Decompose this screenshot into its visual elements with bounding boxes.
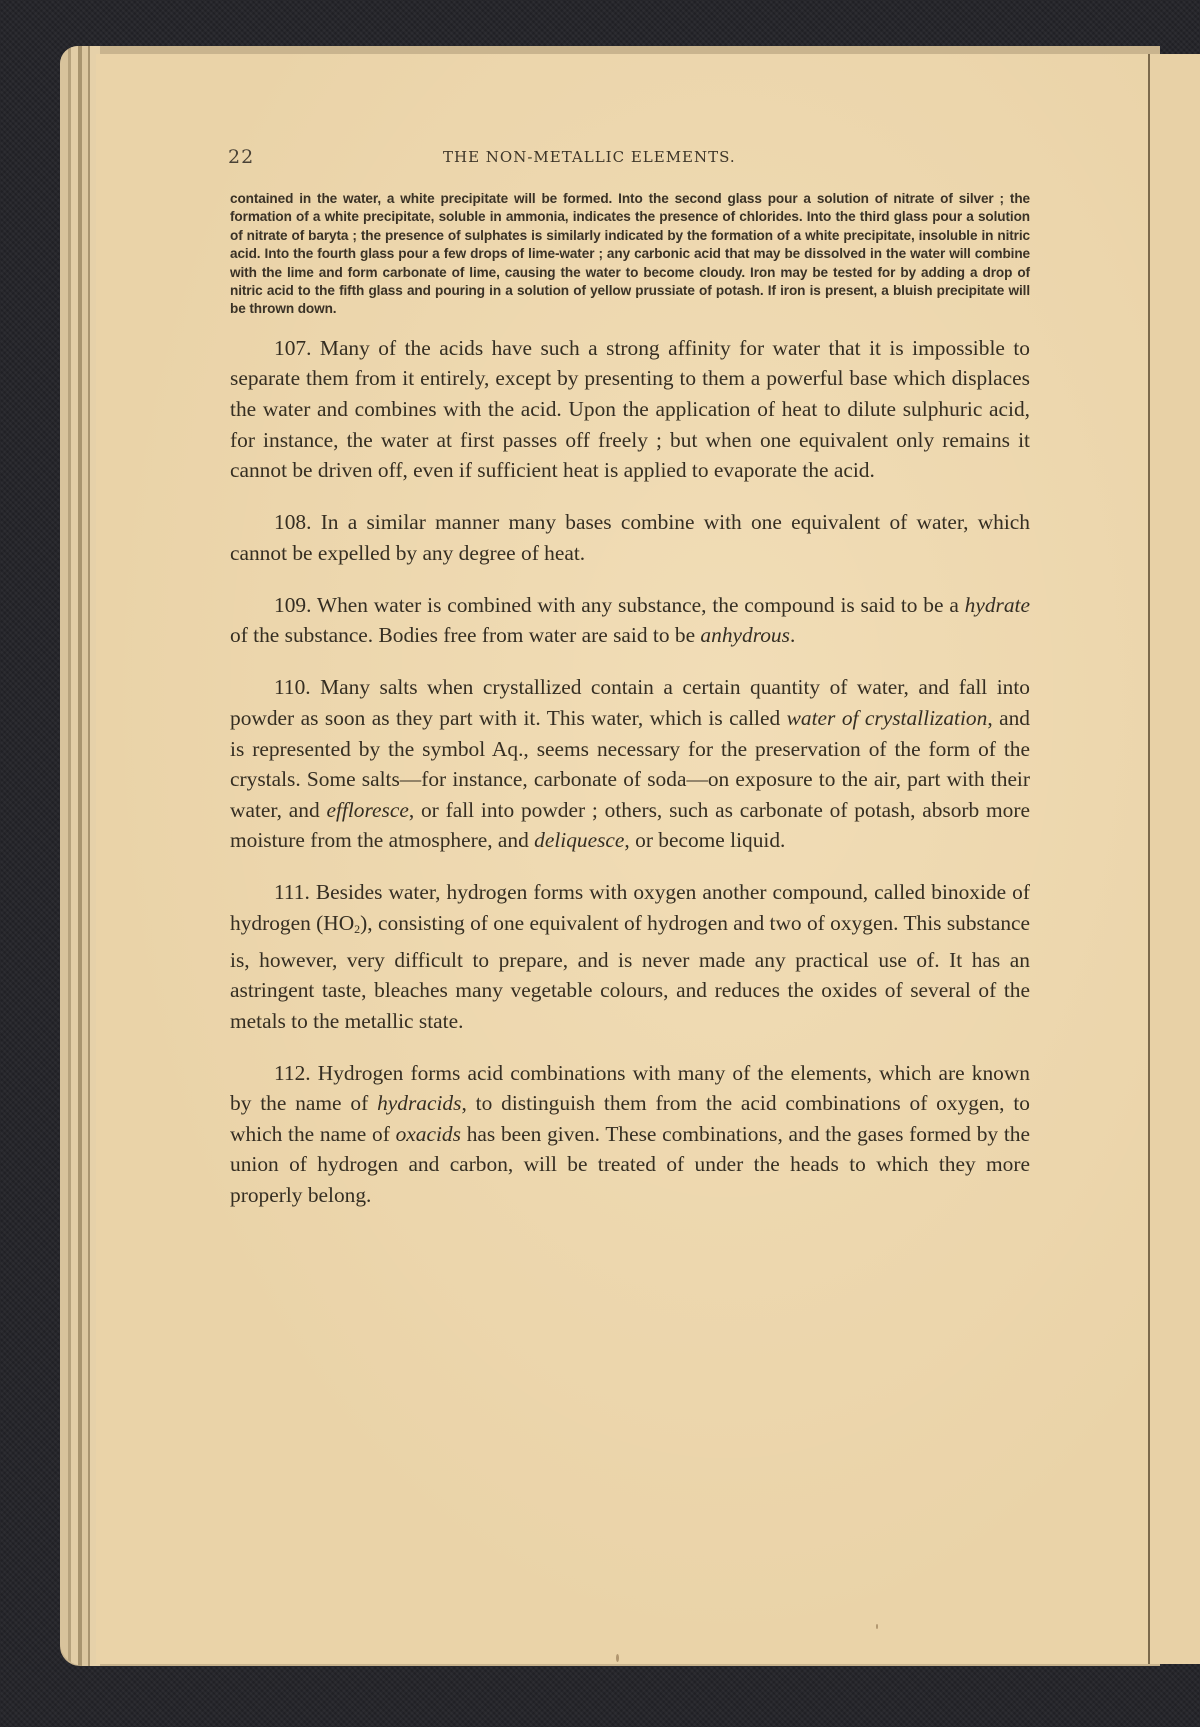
italic-term: water of crystallization [787, 706, 988, 730]
paragraph-number: 109. [274, 593, 311, 617]
italic-term: oxacids [396, 1122, 461, 1146]
paragraph-number: 112. [274, 1061, 311, 1085]
page-number: 22 [228, 146, 254, 168]
paragraph-107: 107. Many of the acids have such a stron… [230, 333, 1030, 486]
italic-term: effloresce [326, 798, 408, 822]
paragraph-number: 108. [274, 510, 311, 534]
paragraph-number: 110. [274, 675, 311, 699]
italic-term: hydrate [965, 593, 1030, 617]
paper-speck [876, 1624, 878, 1629]
small-print-note: contained in the water, a white precipit… [230, 190, 1030, 319]
paragraph-number: 107. [274, 336, 311, 360]
paragraph-112: 112. Hydrogen forms acid combinations wi… [230, 1058, 1030, 1211]
italic-term: hydracids [377, 1091, 461, 1115]
paragraph-108: 108. In a similar manner many bases comb… [230, 507, 1030, 568]
italic-term: deliquesce [534, 828, 624, 852]
page-edges [60, 46, 100, 1666]
facing-page-edge [1150, 54, 1200, 1664]
running-header: 22 THE NON-METALLIC ELEMENTS. [230, 146, 1030, 176]
paragraph-number: 111. [274, 880, 310, 904]
italic-term: anhydrous [700, 623, 790, 647]
page-content: 22 THE NON-METALLIC ELEMENTS. contained … [230, 146, 1030, 1232]
paragraph-110: 110. Many salts when crystallized contai… [230, 672, 1030, 856]
paragraph-111: 111. Besides water, hydrogen forms with … [230, 877, 1030, 1036]
paper-speck [616, 1654, 619, 1662]
paragraph-109: 109. When water is combined with any sub… [230, 590, 1030, 651]
running-head-title: THE NON-METALLIC ELEMENTS. [443, 148, 736, 166]
